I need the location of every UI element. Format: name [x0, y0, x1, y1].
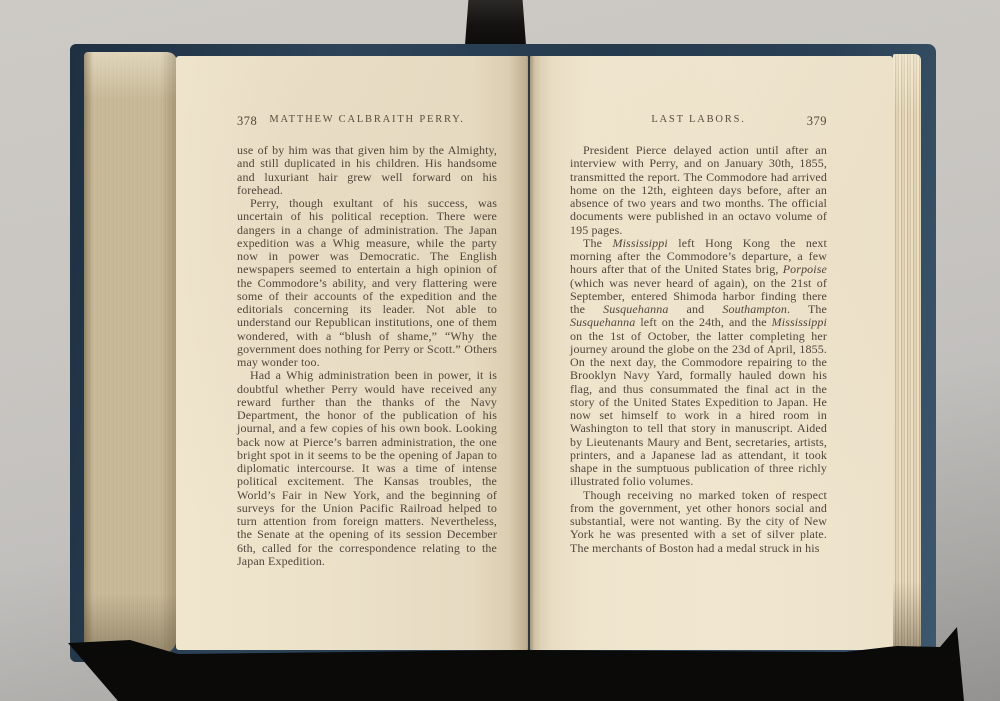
right-page: LAST LABORS. 379 President Pierce delaye… [530, 56, 893, 650]
left-page: 378 MATTHEW CALBRAITH PERRY. use of by h… [176, 56, 528, 650]
right-page-header: LAST LABORS. 379 [570, 114, 827, 125]
left-page-edge-stack [84, 52, 177, 654]
left-page-header: 378 MATTHEW CALBRAITH PERRY. [237, 114, 497, 125]
photo-scene: 378 MATTHEW CALBRAITH PERRY. use of by h… [0, 0, 1000, 701]
open-book-cover: 378 MATTHEW CALBRAITH PERRY. use of by h… [70, 44, 936, 662]
right-page-edge-stack [893, 54, 921, 652]
right-page-number: 379 [807, 114, 827, 129]
left-running-header: MATTHEW CALBRAITH PERRY. [269, 114, 464, 125]
right-running-header: LAST LABORS. [651, 114, 745, 125]
right-page-text: President Pierce delayed action until af… [570, 144, 827, 555]
left-page-number: 378 [237, 114, 257, 129]
left-page-text: use of by him was that given him by the … [237, 144, 497, 568]
